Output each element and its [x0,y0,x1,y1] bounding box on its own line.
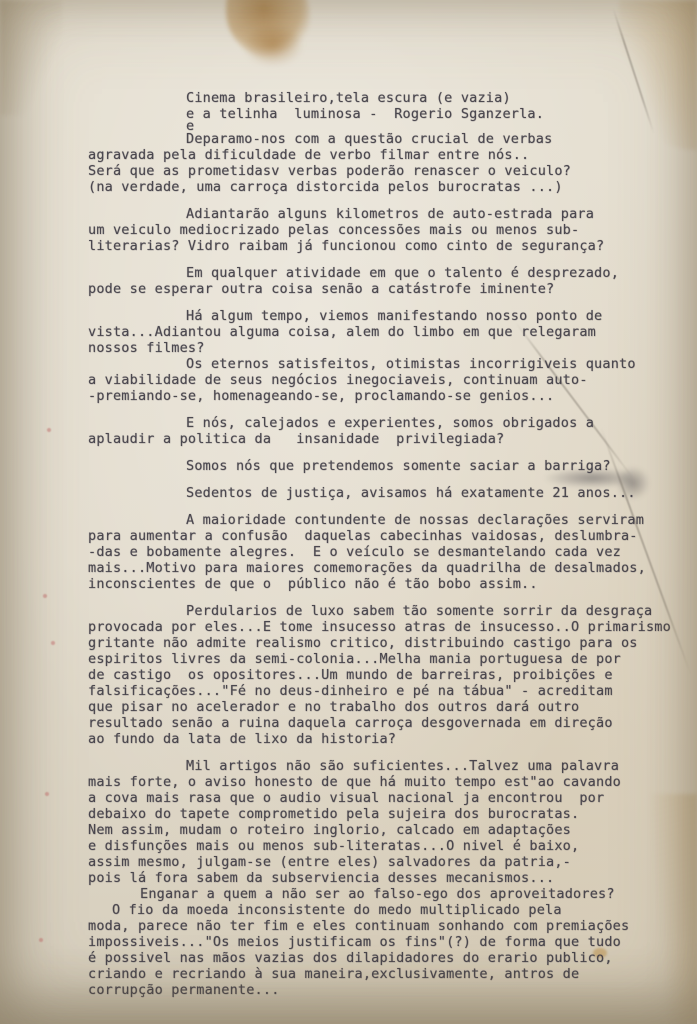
text-line: pode se esperar outra coisa senão a catá… [88,281,697,297]
text-line: Deparamo-nos com a questão crucial de ve… [186,131,697,147]
document-photo: Cinema brasileiro,tela escura (e vazia) … [0,0,697,1024]
text-line: mais forte, o aviso honesto de que há mu… [88,774,697,790]
text-line: Nem assim, mudam o roteiro inglorio, cal… [88,822,697,838]
document-title-line-1: Cinema brasileiro,tela escura (e vazia) [186,90,697,106]
text-line: aplaudir a politica da insanidade privil… [88,431,697,447]
text-line: Os eternos satisfeitos, otimistas incorr… [186,356,697,372]
coffee-stain-small [243,26,303,66]
text-line: falsificações..."Fé no deus-dinheiro e p… [88,683,697,699]
text-line: Será que as prometidasv verbas poderão r… [88,163,697,179]
text-line: -das e bobamente alegres. E o veículo se… [88,544,697,560]
text-line: e disfunções mais ou menos sub-literatas… [88,838,697,854]
text-line: pois lá fora sabem da subserviencia dess… [88,870,697,886]
typewritten-text: Cinema brasileiro,tela escura (e vazia) … [0,90,697,998]
text-line: é possivel nas mãos vazias dos dilapidad… [88,950,697,966]
text-line: E nós, calejados e experientes, somos ob… [186,415,697,431]
text-line: Perdularios de luxo sabem tão somente so… [186,603,697,619]
coffee-stain [226,0,310,58]
text-line: Sedentos de justiça, avisamos há exatame… [186,485,697,501]
text-line: nossos filmes? [88,340,697,356]
text-line: ao fundo da lata de lixo da historia? [88,731,697,747]
text-line: espiritos livres da semi-colonia...Melha… [88,651,697,667]
text-line: para aumentar a confusão daquelas cabeci… [88,528,697,544]
text-line: um veiculo mediocrizado pelas concessões… [88,222,697,238]
text-line: moda, parece não ter fim e eles continua… [88,918,697,934]
text-line: que pisar no acelerador e no trabalho do… [88,699,697,715]
text-line: Enganar a quem a não ser ao falso-ego do… [140,886,697,902]
text-line: Somos nós que pretendemos somente saciar… [186,458,697,474]
text-line: resultado senão a ruina daquela carroça … [88,715,697,731]
text-line: impossiveis..."Os meios justificam os fi… [88,934,697,950]
text-line: debaixo do tapete comprometido pela suje… [88,806,697,822]
text-line: literarias? Vidro raibam já funcionou co… [88,238,697,254]
text-line: Há algum tempo, viemos manifestando noss… [186,308,697,324]
text-line: Em qualquer atividade em que o talento é… [186,265,697,281]
text-line: inconscientes de que o público não é tão… [88,576,697,592]
text-line: (na verdade, uma carroça distorcida pelo… [88,179,697,195]
text-line: mais...Motivo para maiores comemorações … [88,560,697,576]
text-line: -premiando-se, homenageando-se, proclama… [88,388,697,404]
text-line: corrupção permanente... [88,982,697,998]
text-line: a viabilidade de seus negócios inegociav… [88,372,697,388]
text-line: vista...Adiantou alguma coisa, alem do l… [88,324,697,340]
text-line: provocada por eles...E tome insucesso at… [88,619,697,635]
text-line: e [186,122,697,131]
text-line: O fio da moeda inconsistente do medo mul… [112,902,697,918]
text-line: de castigo os opositores...Um mundo de b… [88,667,697,683]
text-line: Adiantarão alguns kilometros de auto-est… [186,206,697,222]
text-line: a cova mais rasa que o audio visual naci… [88,790,697,806]
text-line: assim mesmo, julgam-se (entre eles) salv… [88,854,697,870]
document-title-line-2: e a telinha luminosa - Rogerio Sganzerla… [186,106,697,122]
text-line: gritante não admite realismo critico, di… [88,635,697,651]
text-line: Mil artigos não são suficientes...Talvez… [186,758,697,774]
text-line: agravada pela dificuldade de verbo filma… [88,147,697,163]
text-line: A maioridade contundente de nossas decla… [186,512,697,528]
text-line: criando e recriando à sua maneira,exclus… [88,966,697,982]
